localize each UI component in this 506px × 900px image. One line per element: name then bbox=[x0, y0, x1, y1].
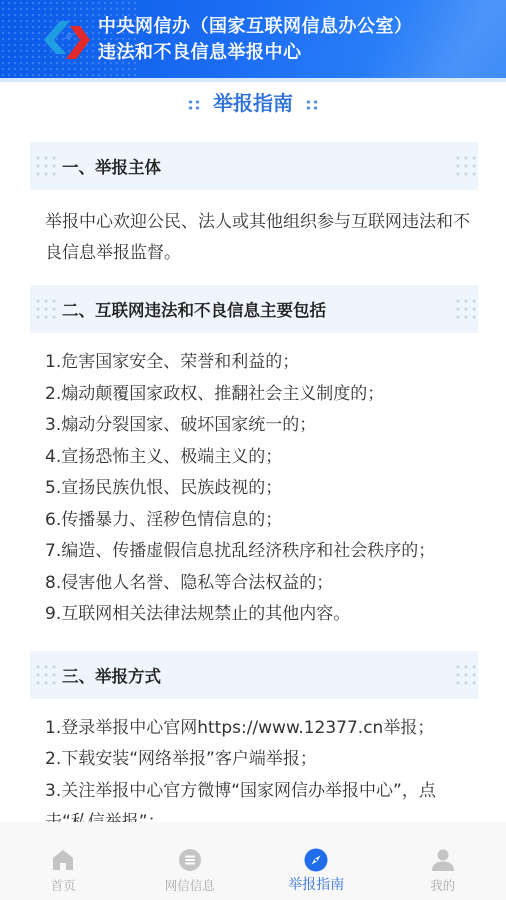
cac-logo-icon bbox=[40, 19, 90, 61]
list-item: 9.互联网相关法律法规禁止的其他内容。 bbox=[45, 599, 476, 631]
tab-profile[interactable]: 我的 bbox=[380, 822, 506, 900]
tab-label: 首页 bbox=[51, 876, 76, 894]
section-heading: 二、互联网违法和不良信息主要包括 bbox=[30, 285, 478, 333]
header-title-line2: 违法和不良信息举报中心 bbox=[98, 40, 413, 66]
tab-news[interactable]: 网信信息 bbox=[127, 822, 254, 900]
prohibited-content-list: 1.危害国家安全、荣誉和利益的； 2.煽动颠覆国家政权、推翻社会主义制度的； 3… bbox=[45, 347, 476, 631]
list-item: 8.侵害他人名誉、隐私等合法权益的； bbox=[45, 568, 476, 600]
tab-label: 举报指南 bbox=[288, 874, 344, 894]
list-item: 3.煽动分裂国家、破坏国家统一的； bbox=[45, 410, 476, 442]
list-item: 2.煽动颠覆国家政权、推翻社会主义制度的； bbox=[45, 379, 476, 411]
user-icon bbox=[431, 848, 455, 872]
tab-label: 网信信息 bbox=[165, 876, 215, 894]
app-header: 中央网信办（国家互联网信息办公室） 违法和不良信息举报中心 bbox=[0, 0, 506, 80]
report-methods-list: 1.登录举报中心官网https://www.12377.cn举报； 2.下载安装… bbox=[45, 713, 476, 823]
list-item: 5.宣扬民族仇恨、民族歧视的； bbox=[45, 473, 476, 505]
dots-decoration-icon bbox=[187, 99, 201, 111]
header-title: 中央网信办（国家互联网信息办公室） 违法和不良信息举报中心 bbox=[98, 14, 413, 66]
dots-decoration-icon bbox=[454, 154, 476, 178]
guide-content[interactable]: 一、举报主体 举报中心欢迎公民、法人或其他组织参与互联网违法和不良信息举报监督。… bbox=[0, 142, 506, 822]
tab-report-guide[interactable]: 举报指南 bbox=[253, 822, 380, 900]
section-heading-label: 二、互联网违法和不良信息主要包括 bbox=[62, 297, 326, 321]
list-item: 6.传播暴力、淫秽色情信息的； bbox=[45, 505, 476, 537]
page-title: 举报指南 bbox=[0, 88, 506, 118]
list-item: 4.宣扬恐怖主义、极端主义的； bbox=[45, 442, 476, 474]
section-heading-label: 一、举报主体 bbox=[62, 154, 161, 178]
dots-decoration-icon bbox=[34, 663, 56, 687]
header-divider bbox=[0, 78, 506, 82]
section-heading: 三、举报方式 bbox=[30, 651, 478, 699]
section-heading-label: 三、举报方式 bbox=[62, 663, 161, 687]
dots-decoration-icon bbox=[454, 663, 476, 687]
dots-decoration-icon bbox=[454, 297, 476, 321]
section-heading: 一、举报主体 bbox=[30, 142, 478, 190]
compass-icon bbox=[304, 848, 328, 872]
list-item: 1.登录举报中心官网https://www.12377.cn举报； bbox=[45, 713, 476, 745]
header-title-line1: 中央网信办（国家互联网信息办公室） bbox=[98, 14, 413, 40]
list-item: 2.下载安装“网络举报”客户端举报； bbox=[45, 744, 476, 776]
dots-decoration-icon bbox=[305, 99, 319, 111]
bottom-tab-bar: 首页 网信信息 举报指南 我的 bbox=[0, 822, 506, 900]
list-item: 7.编造、传播虚假信息扰乱经济秩序和社会秩序的； bbox=[45, 536, 476, 568]
tab-label: 我的 bbox=[430, 876, 455, 894]
list-item: 3.关注举报中心官方微博“国家网信办举报中心”，点击“私信举报”； bbox=[45, 776, 476, 823]
dots-decoration-icon bbox=[34, 154, 56, 178]
dots-decoration-icon bbox=[34, 297, 56, 321]
home-icon bbox=[51, 848, 75, 872]
list-icon bbox=[178, 848, 202, 872]
list-item: 1.危害国家安全、荣誉和利益的； bbox=[45, 347, 476, 379]
tab-home[interactable]: 首页 bbox=[0, 822, 127, 900]
page-title-text: 举报指南 bbox=[213, 91, 293, 115]
section-paragraph: 举报中心欢迎公民、法人或其他组织参与互联网违法和不良信息举报监督。 bbox=[45, 207, 476, 269]
